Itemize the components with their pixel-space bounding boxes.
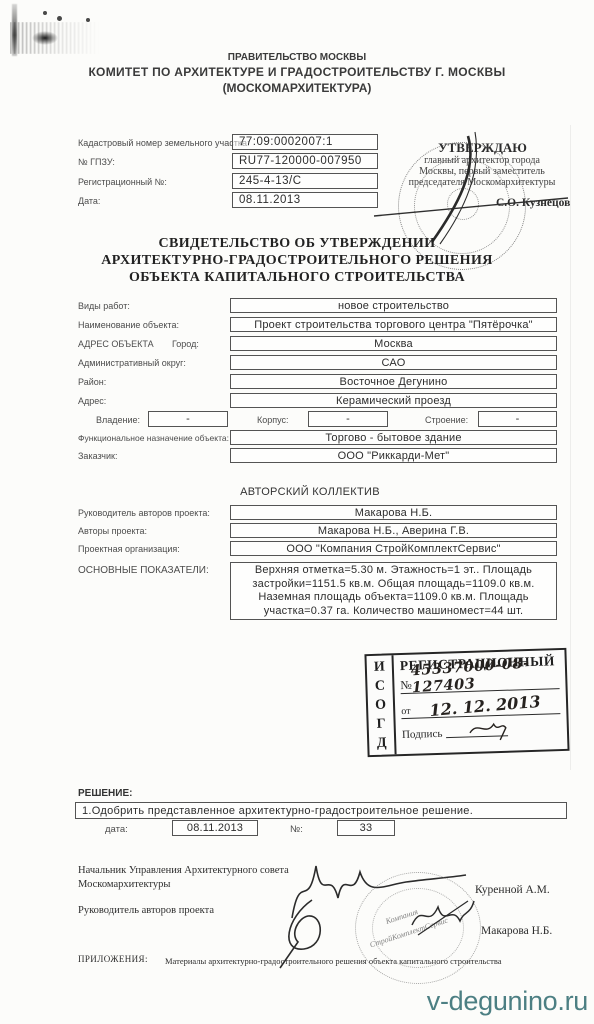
indicators-line: участка=0.37 га. Количество машиномест=4…	[264, 605, 524, 619]
scanned-certificate-page: ПРАВИТЕЛЬСТВО МОСКВЫ КОМИТЕТ ПО АРХИТЕКТ…	[0, 0, 594, 1024]
attachments-label: ПРИЛОЖЕНИЯ:	[78, 954, 148, 964]
decision-number-value: 33	[337, 820, 395, 836]
approval-signature-icon	[372, 130, 572, 250]
isogd-number-prefix: №	[400, 678, 412, 693]
gov-header-line3: (МОСКОМАРХИТЕКТУРА)	[0, 81, 594, 95]
doc-title-line2: АРХИТЕКТУРНО-ГРАДОСТРОИТЕЛЬНОГО РЕШЕНИЯ	[20, 253, 574, 269]
isogd-sign-label: Подпись	[402, 728, 443, 743]
field-label-korpus: Корпус:	[257, 415, 289, 425]
official2-post: Руководитель авторов проекта	[78, 905, 214, 916]
indicators-box: Верхняя отметка=5.30 м. Этажность=1 эт..…	[230, 562, 557, 620]
field-label-address-object: АДРЕС ОБЪЕКТА	[78, 339, 154, 349]
field-value-function: Торгово - бытовое здание	[230, 430, 557, 445]
field-value-district-okrug: САО	[230, 355, 557, 370]
isogd-letter: С	[375, 678, 386, 694]
official2-name: Макарова Н.Б.	[481, 925, 552, 937]
scan-smudge	[10, 22, 106, 54]
field-value-date: 08.11.2013	[232, 192, 378, 208]
attachments-text: Материалы архитектурно-градостроительног…	[165, 956, 585, 966]
field-value-authors-head: Макарова Н.Б.	[230, 505, 557, 520]
field-value-city: Москва	[230, 336, 557, 351]
field-label-customer: Заказчик:	[78, 451, 117, 461]
gov-header-line1: ПРАВИТЕЛЬСТВО МОСКВЫ	[0, 52, 594, 63]
field-label-authors: Авторы проекта:	[78, 526, 147, 536]
field-label-address: Адрес:	[78, 396, 106, 406]
doc-title-line1: СВИДЕТЕЛЬСТВО ОБ УТВЕРЖДЕНИИ	[20, 236, 574, 252]
field-value-object-name: Проект строительства торгового центра "П…	[230, 317, 557, 332]
field-label-city: Город:	[172, 339, 199, 349]
field-label-function: Функциональное назначение объекта:	[78, 433, 229, 443]
field-value-vladenie: -	[148, 411, 228, 427]
decision-date-value: 08.11.2013	[172, 820, 258, 836]
decision-date-label: дата:	[105, 824, 128, 835]
field-label-work-types: Виды работ:	[78, 301, 130, 311]
author-signature-icon	[408, 895, 478, 943]
field-value-authors: Макарова Н.Б., Аверина Г.В.	[230, 523, 557, 538]
isogd-letters: И С О Г Д	[366, 655, 396, 755]
isogd-letter: Г	[376, 716, 385, 732]
isogd-letter: Д	[377, 735, 387, 751]
doc-title-line3: ОБЪЕКТА КАПИТАЛЬНОГО СТРОИТЕЛЬСТВА	[20, 270, 574, 286]
indicators-line: Верхняя отметка=5.30 м. Этажность=1 эт..…	[255, 564, 532, 578]
site-watermark: v-degunino.ru	[427, 986, 588, 1017]
official1-name: Куренной А.М.	[475, 884, 550, 896]
field-label-object-name: Наименование объекта:	[78, 320, 179, 330]
scan-dot	[86, 18, 90, 22]
field-label-gpzu: № ГПЗУ:	[78, 157, 115, 167]
field-label-authors-head: Руководитель авторов проекта:	[78, 508, 210, 518]
field-label-design-org: Проектная организация:	[78, 544, 180, 554]
scan-dot	[57, 16, 62, 21]
official1-post-line1: Начальник Управления Архитектурного сове…	[78, 865, 289, 876]
field-label-district-okrug: Административный округ:	[78, 358, 186, 368]
field-value-customer: ООО "Риккарди-Мет"	[230, 448, 557, 463]
field-value-gpzu: RU77-120000-007950	[232, 153, 378, 169]
field-label-cadastral: Кадастровый номер земельного участка:	[78, 138, 249, 148]
indicators-label: ОСНОВНЫЕ ПОКАЗАТЕЛИ:	[78, 565, 209, 576]
authors-heading: АВТОРСКИЙ КОЛЛЕКТИВ	[40, 486, 580, 498]
field-value-design-org: ООО "Компания СтройКомплектСервис"	[230, 541, 557, 556]
field-label-vladenie: Владение:	[96, 415, 140, 425]
scan-dot	[43, 11, 47, 15]
field-label-rayon: Район:	[78, 377, 106, 387]
isogd-body: РЕГИСТРАЦИОННЫЙ № 45337000-08-127403 от …	[393, 650, 567, 754]
decision-text-box: 1.Одобрить представленное архитектурно-г…	[75, 802, 567, 819]
isogd-letter: И	[374, 659, 385, 675]
field-value-address: Керамический проезд	[230, 393, 557, 408]
decision-number-label: №:	[290, 824, 303, 835]
field-value-rayon: Восточное Дегунино	[230, 374, 557, 389]
scan-smudge-edge	[12, 4, 17, 56]
scan-smudge-blob	[32, 31, 58, 45]
isogd-letter: О	[375, 697, 386, 713]
gov-header-line2: КОМИТЕТ ПО АРХИТЕКТУРЕ И ГРАДОСТРОИТЕЛЬС…	[0, 65, 594, 79]
field-value-korpus: -	[308, 411, 388, 427]
field-value-work-types: новое строительство	[230, 298, 557, 313]
indicators-line: застройки=1151.5 кв.м. Общая площадь=110…	[252, 578, 534, 592]
field-value-cadastral: 77:09:0002007:1	[232, 134, 378, 150]
decision-label: РЕШЕНИЕ:	[78, 788, 132, 799]
field-value-regnum: 245-4-13/С	[232, 173, 378, 189]
field-value-stroenie: -	[478, 411, 557, 427]
isogd-registration-stamp: И С О Г Д РЕГИСТРАЦИОННЫЙ № 45337000-08-…	[364, 648, 569, 757]
field-label-date: Дата:	[78, 196, 100, 206]
isogd-signature-icon	[442, 718, 513, 742]
indicators-line: Наземная площадь объекта=1109.0 кв.м. Пл…	[258, 591, 528, 605]
official1-post-line2: Москомархитектуры	[78, 879, 170, 890]
field-label-regnum: Регистрационный №:	[78, 177, 167, 187]
field-label-stroenie: Строение:	[425, 415, 468, 425]
